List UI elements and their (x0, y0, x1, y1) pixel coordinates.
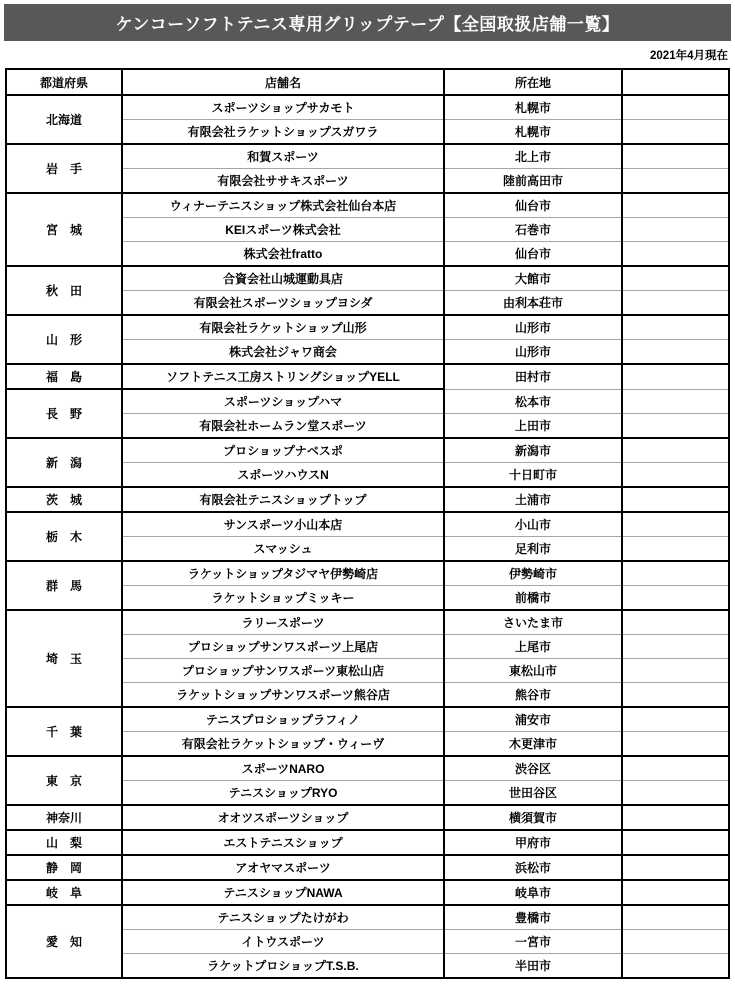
store-name-cell: 有限会社ラケットショップ・ウィーヴ (122, 732, 444, 757)
store-name-cell: テニスショップたけがわ (122, 905, 444, 930)
location-cell: 仙台市 (444, 193, 622, 218)
empty-cell (622, 193, 729, 218)
location-cell: 十日町市 (444, 463, 622, 488)
prefecture-cell: 宮 城 (6, 193, 122, 266)
empty-cell (622, 930, 729, 954)
prefecture-cell: 北海道 (6, 95, 122, 144)
empty-cell (622, 610, 729, 635)
location-cell: さいたま市 (444, 610, 622, 635)
store-name-cell: エストテニスショップ (122, 830, 444, 855)
empty-cell (622, 169, 729, 194)
store-name-cell: スポーツショップハマ (122, 389, 444, 414)
empty-cell (622, 659, 729, 683)
location-cell: 山形市 (444, 315, 622, 340)
prefecture-cell: 山 梨 (6, 830, 122, 855)
store-name-cell: オオツスポーツショップ (122, 805, 444, 830)
store-name-cell: KEIスポーツ株式会社 (122, 218, 444, 242)
store-list-table: 都道府県 店舗名 所在地 北海道スポーツショップサカモト札幌市有限会社ラケットシ… (5, 68, 730, 979)
empty-cell (622, 120, 729, 145)
table-row: 愛 知テニスショップたけがわ豊橋市 (6, 905, 729, 930)
empty-cell (622, 805, 729, 830)
store-name-cell: 有限会社ラケットショップ山形 (122, 315, 444, 340)
store-name-cell: プロショップサンワスポーツ東松山店 (122, 659, 444, 683)
empty-cell (622, 364, 729, 389)
empty-cell (622, 707, 729, 732)
store-name-cell: 有限会社ホームラン堂スポーツ (122, 414, 444, 439)
location-cell: 甲府市 (444, 830, 622, 855)
prefecture-cell: 福 島 (6, 364, 122, 389)
location-cell: 浜松市 (444, 855, 622, 880)
store-name-cell: テニスショップNAWA (122, 880, 444, 905)
table-row: 岩 手和賀スポーツ北上市 (6, 144, 729, 169)
prefecture-cell: 神奈川 (6, 805, 122, 830)
store-name-cell: テニスプロショップラフィノ (122, 707, 444, 732)
store-name-cell: 合資会社山城運動具店 (122, 266, 444, 291)
prefecture-cell: 東 京 (6, 756, 122, 805)
prefecture-cell: 千 葉 (6, 707, 122, 756)
prefecture-cell: 栃 木 (6, 512, 122, 561)
empty-cell (622, 438, 729, 463)
location-cell: 札幌市 (444, 95, 622, 120)
table-row: 宮 城ウィナーテニスショップ株式会社仙台本店仙台市 (6, 193, 729, 218)
store-name-cell: ラケットショップサンワスポーツ熊谷店 (122, 683, 444, 708)
store-name-cell: スポーツショップサカモト (122, 95, 444, 120)
store-name-cell: アオヤマスポーツ (122, 855, 444, 880)
empty-cell (622, 732, 729, 757)
location-cell: 札幌市 (444, 120, 622, 145)
store-name-cell: 有限会社スポーツショップヨシダ (122, 291, 444, 316)
location-cell: 由利本荘市 (444, 291, 622, 316)
empty-cell (622, 954, 729, 979)
header-row: 都道府県 店舗名 所在地 (6, 69, 729, 95)
empty-cell (622, 635, 729, 659)
empty-cell (622, 905, 729, 930)
store-name-cell: 有限会社ラケットショップスガワラ (122, 120, 444, 145)
table-row: 栃 木サンスポーツ小山本店小山市 (6, 512, 729, 537)
table-row: 千 葉テニスプロショップラフィノ浦安市 (6, 707, 729, 732)
empty-cell (622, 266, 729, 291)
location-cell: 一宮市 (444, 930, 622, 954)
table-row: 岐 阜テニスショップNAWA岐阜市 (6, 880, 729, 905)
store-name-cell: イトウスポーツ (122, 930, 444, 954)
column-header-prefecture: 都道府県 (6, 69, 122, 95)
prefecture-cell: 岐 阜 (6, 880, 122, 905)
location-cell: 熊谷市 (444, 683, 622, 708)
prefecture-cell: 新 潟 (6, 438, 122, 487)
empty-cell (622, 242, 729, 267)
table-row: 長 野スポーツショップハマ松本市 (6, 389, 729, 414)
page-title: ケンコーソフトテニス専用グリップテープ【全国取扱店舗一覧】 (116, 10, 620, 35)
prefecture-cell: 愛 知 (6, 905, 122, 978)
location-cell: 上田市 (444, 414, 622, 439)
table-row: 福 島ソフトテニス工房ストリングショップYELL田村市 (6, 364, 729, 389)
store-name-cell: スポーツハウスN (122, 463, 444, 488)
empty-cell (622, 340, 729, 365)
title-bar: ケンコーソフトテニス専用グリップテープ【全国取扱店舗一覧】 (4, 4, 731, 41)
location-cell: 新潟市 (444, 438, 622, 463)
store-name-cell: 有限会社テニスショップトップ (122, 487, 444, 512)
table-row: 静 岡アオヤマスポーツ浜松市 (6, 855, 729, 880)
empty-cell (622, 487, 729, 512)
table-row: 東 京スポーツNARO渋谷区 (6, 756, 729, 781)
empty-cell (622, 561, 729, 586)
location-cell: 半田市 (444, 954, 622, 979)
store-name-cell: 株式会社ジャワ商会 (122, 340, 444, 365)
location-cell: 松本市 (444, 389, 622, 414)
table-row: 埼 玉ラリースポーツさいたま市 (6, 610, 729, 635)
column-header-store: 店舗名 (122, 69, 444, 95)
prefecture-cell: 山 形 (6, 315, 122, 364)
empty-cell (622, 537, 729, 562)
empty-cell (622, 683, 729, 708)
location-cell: 木更津市 (444, 732, 622, 757)
store-name-cell: プロショップナベスポ (122, 438, 444, 463)
table-row: 茨 城有限会社テニスショップトップ土浦市 (6, 487, 729, 512)
location-cell: 伊勢崎市 (444, 561, 622, 586)
empty-cell (622, 512, 729, 537)
location-cell: 浦安市 (444, 707, 622, 732)
store-name-cell: ラケットショップミッキー (122, 586, 444, 611)
table-row: 神奈川オオツスポーツショップ横須賀市 (6, 805, 729, 830)
store-name-cell: 和賀スポーツ (122, 144, 444, 169)
as-of-date: 2021年4月現在 (650, 47, 728, 63)
location-cell: 渋谷区 (444, 756, 622, 781)
store-name-cell: プロショップサンワスポーツ上尾店 (122, 635, 444, 659)
empty-cell (622, 756, 729, 781)
prefecture-cell: 埼 玉 (6, 610, 122, 707)
empty-cell (622, 291, 729, 316)
location-cell: 小山市 (444, 512, 622, 537)
store-name-cell: ウィナーテニスショップ株式会社仙台本店 (122, 193, 444, 218)
prefecture-cell: 茨 城 (6, 487, 122, 512)
column-header-location: 所在地 (444, 69, 622, 95)
empty-cell (622, 781, 729, 806)
store-name-cell: ラケットプロショップT.S.B. (122, 954, 444, 979)
location-cell: 足利市 (444, 537, 622, 562)
table-row: 秋 田合資会社山城運動具店大館市 (6, 266, 729, 291)
location-cell: 世田谷区 (444, 781, 622, 806)
table-row: 新 潟プロショップナベスポ新潟市 (6, 438, 729, 463)
empty-cell (622, 830, 729, 855)
prefecture-cell: 長 野 (6, 389, 122, 438)
empty-cell (622, 463, 729, 488)
location-cell: 土浦市 (444, 487, 622, 512)
location-cell: 豊橋市 (444, 905, 622, 930)
table-row: 北海道スポーツショップサカモト札幌市 (6, 95, 729, 120)
store-name-cell: 有限会社ササキスポーツ (122, 169, 444, 194)
empty-cell (622, 414, 729, 439)
empty-cell (622, 389, 729, 414)
store-name-cell: ラケットショップタジマヤ伊勢崎店 (122, 561, 444, 586)
store-name-cell: テニスショップRYO (122, 781, 444, 806)
location-cell: 北上市 (444, 144, 622, 169)
document-page: ケンコーソフトテニス専用グリップテープ【全国取扱店舗一覧】 2021年4月現在 … (0, 0, 735, 1000)
empty-cell (622, 880, 729, 905)
location-cell: 横須賀市 (444, 805, 622, 830)
location-cell: 田村市 (444, 364, 622, 389)
store-name-cell: スポーツNARO (122, 756, 444, 781)
location-cell: 上尾市 (444, 635, 622, 659)
location-cell: 石巻市 (444, 218, 622, 242)
prefecture-cell: 秋 田 (6, 266, 122, 315)
prefecture-cell: 群 馬 (6, 561, 122, 610)
empty-cell (622, 315, 729, 340)
location-cell: 陸前高田市 (444, 169, 622, 194)
empty-cell (622, 855, 729, 880)
location-cell: 東松山市 (444, 659, 622, 683)
store-name-cell: サンスポーツ小山本店 (122, 512, 444, 537)
location-cell: 仙台市 (444, 242, 622, 267)
location-cell: 山形市 (444, 340, 622, 365)
table-row: 山 梨エストテニスショップ甲府市 (6, 830, 729, 855)
location-cell: 前橋市 (444, 586, 622, 611)
empty-cell (622, 95, 729, 120)
column-header-extra (622, 69, 729, 95)
store-name-cell: ラリースポーツ (122, 610, 444, 635)
prefecture-cell: 岩 手 (6, 144, 122, 193)
empty-cell (622, 218, 729, 242)
store-name-cell: 株式会社fratto (122, 242, 444, 267)
table-row: 群 馬ラケットショップタジマヤ伊勢崎店伊勢崎市 (6, 561, 729, 586)
store-name-cell: ソフトテニス工房ストリングショップYELL (122, 364, 444, 389)
store-name-cell: スマッシュ (122, 537, 444, 562)
table-row: 山 形有限会社ラケットショップ山形山形市 (6, 315, 729, 340)
empty-cell (622, 586, 729, 611)
location-cell: 大館市 (444, 266, 622, 291)
empty-cell (622, 144, 729, 169)
location-cell: 岐阜市 (444, 880, 622, 905)
prefecture-cell: 静 岡 (6, 855, 122, 880)
